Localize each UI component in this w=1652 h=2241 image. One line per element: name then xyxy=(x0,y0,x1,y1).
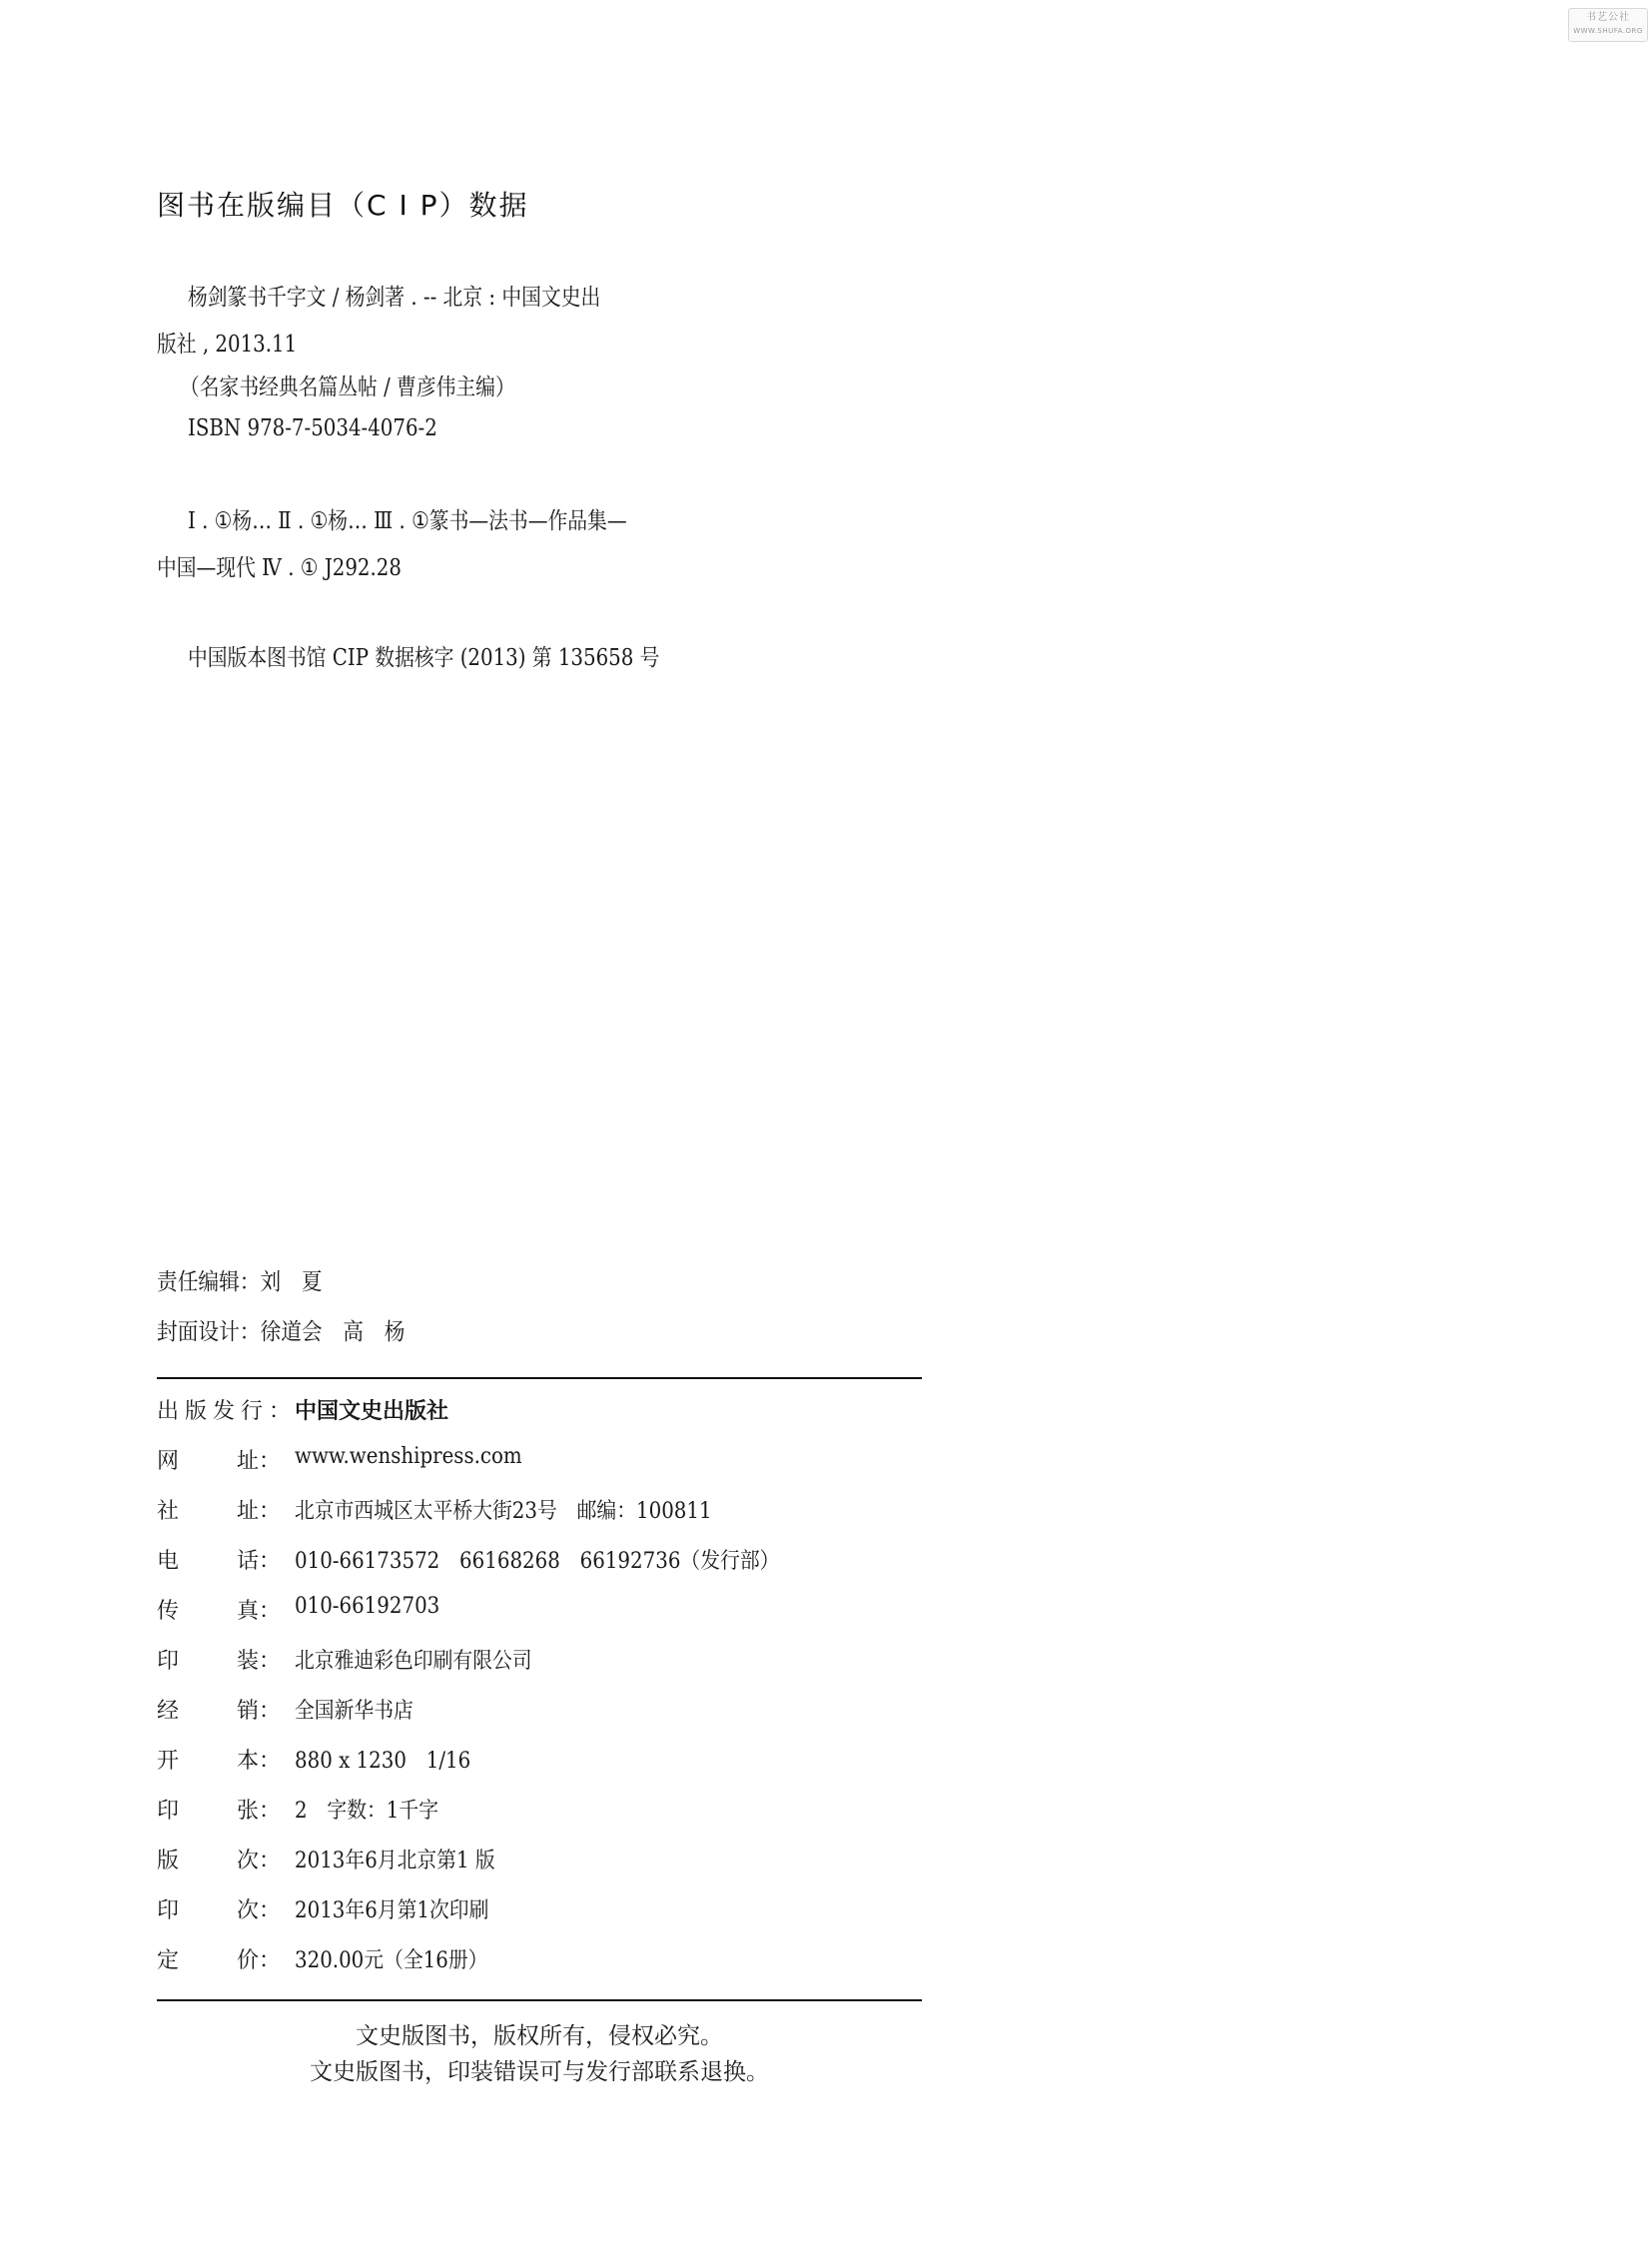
divider-top xyxy=(157,1377,922,1379)
cip-line-classification-cont: 中国—现代 Ⅳ . ① J292.28 xyxy=(157,549,402,582)
cip-line-isbn: ISBN 978-7-5034-4076-2 xyxy=(188,415,437,441)
pub-row-label-2: 销： xyxy=(237,1694,281,1725)
credit-cover-design-label: 封面设计： xyxy=(157,1319,261,1345)
pub-row-label-2: 址： xyxy=(237,1494,281,1525)
pub-row-label-1: 定 xyxy=(157,1943,179,1974)
cip-line-record-number: 中国版本图书馆 CIP 数据核字 (2013) 第 135658 号 xyxy=(188,639,659,672)
cip-line-series: （名家书经典名篇丛帖 / 曹彦伟主编） xyxy=(180,369,515,401)
pub-row-value: 全国新华书店 xyxy=(295,1694,413,1725)
cip-line-title: 杨剑篆书千字文 / 杨剑著 . -- 北京 : 中国文史出 xyxy=(188,279,600,312)
watermark-url: WWW.SHUFA.ORG xyxy=(1569,26,1647,36)
pub-row-value: 2 字数：1千字 xyxy=(295,1794,438,1825)
cip-title: 图书在版编目（C I P）数据 xyxy=(157,184,529,224)
pub-row-label-1: 经 xyxy=(157,1694,179,1725)
publisher-row: 出版发行： 中国文史出版社 xyxy=(157,1394,922,1424)
pub-row-value: 北京雅迪彩色印刷有限公司 xyxy=(295,1644,532,1675)
pub-row-label-1: 网 xyxy=(157,1444,179,1475)
cip-line-classification: Ⅰ . ①杨… Ⅱ . ①杨… Ⅲ . ①篆书—法书—作品集— xyxy=(188,502,627,535)
credit-cover-design: 封面设计：徐道会 高 杨 xyxy=(157,1313,405,1346)
credit-editor-label: 责任编辑： xyxy=(157,1269,261,1295)
pub-row-label-2: 址： xyxy=(237,1444,281,1475)
pub-row-value: 880 x 1230 1/16 xyxy=(295,1744,470,1775)
pub-row-label-1: 开 xyxy=(157,1744,179,1775)
pub-row-value: 010-66173572 66168268 66192736（发行部） xyxy=(295,1544,779,1575)
pub-row-price: 定 价： 320.00元（全16册） xyxy=(157,1943,922,1973)
pub-row-label-2: 次： xyxy=(237,1844,281,1874)
pub-row-label-2: 话： xyxy=(237,1544,281,1575)
publisher-label: 出版发行： xyxy=(157,1394,297,1425)
pub-row-website: 网 址： www.wenshipress.com xyxy=(157,1444,922,1474)
watermark-title: 书艺公社 xyxy=(1569,10,1647,26)
pub-row-address: 社 址： 北京市西城区太平桥大街23号 邮编：100811 xyxy=(157,1494,922,1524)
pub-row-value: 320.00元（全16册） xyxy=(295,1943,487,1974)
return-notice: 文史版图书，印装错误可与发行部联系退换。 xyxy=(157,2053,922,2086)
pub-row-printer: 印 装： 北京雅迪彩色印刷有限公司 xyxy=(157,1644,922,1674)
pub-row-label-1: 版 xyxy=(157,1844,179,1874)
cip-line-publisher: 版社 , 2013.11 xyxy=(157,326,297,359)
pub-row-distributor: 经 销： 全国新华书店 xyxy=(157,1694,922,1724)
watermark-logo: 书艺公社 WWW.SHUFA.ORG xyxy=(1568,8,1648,42)
pub-row-format: 开 本： 880 x 1230 1/16 xyxy=(157,1744,922,1774)
pub-row-label-1: 印 xyxy=(157,1644,179,1675)
pub-row-phone: 电 话： 010-66173572 66168268 66192736（发行部） xyxy=(157,1544,922,1574)
pub-row-label-2: 本： xyxy=(237,1744,281,1775)
pub-row-label-2: 真： xyxy=(237,1594,281,1625)
copyright-notice: 文史版图书，版权所有，侵权必究。 xyxy=(157,2017,922,2050)
pub-row-label-1: 社 xyxy=(157,1494,179,1525)
divider-bottom xyxy=(157,1999,922,2001)
pub-row-label-1: 电 xyxy=(157,1544,179,1575)
publisher-value: 中国文史出版社 xyxy=(295,1394,448,1425)
credit-editor: 责任编辑：刘 夏 xyxy=(157,1263,323,1296)
pub-row-label-2: 装： xyxy=(237,1644,281,1675)
pub-row-edition: 版 次： 2013年6月北京第1 版 xyxy=(157,1844,922,1873)
pub-row-value: 010-66192703 xyxy=(295,1594,439,1619)
pub-row-label-1: 传 xyxy=(157,1594,179,1625)
pub-row-value: 2013年6月第1次印刷 xyxy=(295,1893,488,1924)
pub-row-label-2: 次： xyxy=(237,1893,281,1924)
pub-row-fax: 传 真： 010-66192703 xyxy=(157,1594,922,1624)
pub-row-label-1: 印 xyxy=(157,1893,179,1924)
credit-editor-value: 刘 夏 xyxy=(261,1269,323,1295)
pub-row-label-2: 价： xyxy=(237,1943,281,1974)
pub-row-value: 2013年6月北京第1 版 xyxy=(295,1844,495,1874)
pub-row-sheets: 印 张： 2 字数：1千字 xyxy=(157,1794,922,1824)
pub-row-value: 北京市西城区太平桥大街23号 邮编：100811 xyxy=(295,1494,712,1525)
pub-row-label-2: 张： xyxy=(237,1794,281,1825)
pub-row-printing: 印 次： 2013年6月第1次印刷 xyxy=(157,1893,922,1923)
pub-row-value: www.wenshipress.com xyxy=(295,1444,522,1469)
pub-row-label-1: 印 xyxy=(157,1794,179,1825)
credit-cover-design-value: 徐道会 高 杨 xyxy=(261,1319,406,1345)
